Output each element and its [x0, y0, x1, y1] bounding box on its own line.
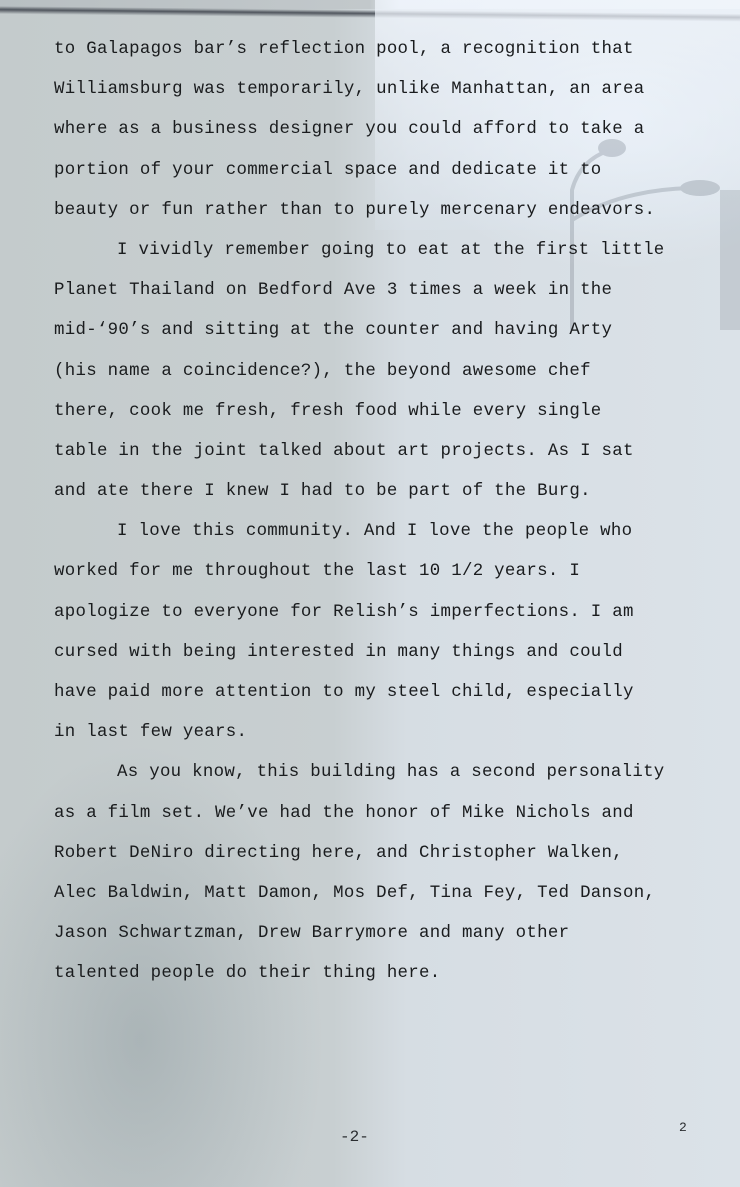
text-line: Jason Schwartzman, Drew Barrymore and ma…: [54, 914, 724, 954]
text-line: Planet Thailand on Bedford Ave 3 times a…: [54, 271, 724, 311]
text-line: to Galapagos bar’s reflection pool, a re…: [54, 30, 724, 70]
text-line: Alec Baldwin, Matt Damon, Mos Def, Tina …: [54, 874, 724, 914]
paragraph: I love this community. And I love the pe…: [54, 512, 724, 753]
text-line: as a film set. We’ve had the honor of Mi…: [54, 794, 724, 834]
text-line: Robert DeNiro directing here, and Christ…: [54, 834, 724, 874]
text-line: apologize to everyone for Relish’s imper…: [54, 593, 724, 633]
text-line: in last few years.: [54, 713, 724, 753]
text-line: worked for me throughout the last 10 1/2…: [54, 552, 724, 592]
text-line: As you know, this building has a second …: [54, 753, 724, 793]
text-line: and ate there I knew I had to be part of…: [54, 472, 724, 512]
paragraph: I vividly remember going to eat at the f…: [54, 231, 724, 512]
text-line: there, cook me fresh, fresh food while e…: [54, 392, 724, 432]
text-line: Williamsburg was temporarily, unlike Man…: [54, 70, 724, 110]
text-line: portion of your commercial space and ded…: [54, 151, 724, 191]
corner-mark: 2: [679, 1120, 687, 1135]
document-body: to Galapagos bar’s reflection pool, a re…: [54, 30, 724, 995]
text-line: table in the joint talked about art proj…: [54, 432, 724, 472]
paragraph: to Galapagos bar’s reflection pool, a re…: [54, 30, 724, 231]
text-line: talented people do their thing here.: [54, 954, 724, 994]
text-line: have paid more attention to my steel chi…: [54, 673, 724, 713]
paragraph: As you know, this building has a second …: [54, 753, 724, 994]
text-line: I love this community. And I love the pe…: [54, 512, 724, 552]
page-number: -2-: [340, 1128, 369, 1146]
text-line: mid-‘90’s and sitting at the counter and…: [54, 311, 724, 351]
text-line: cursed with being interested in many thi…: [54, 633, 724, 673]
text-line: beauty or fun rather than to purely merc…: [54, 191, 724, 231]
text-line: I vividly remember going to eat at the f…: [54, 231, 724, 271]
text-line: (his name a coincidence?), the beyond aw…: [54, 352, 724, 392]
text-line: where as a business designer you could a…: [54, 110, 724, 150]
